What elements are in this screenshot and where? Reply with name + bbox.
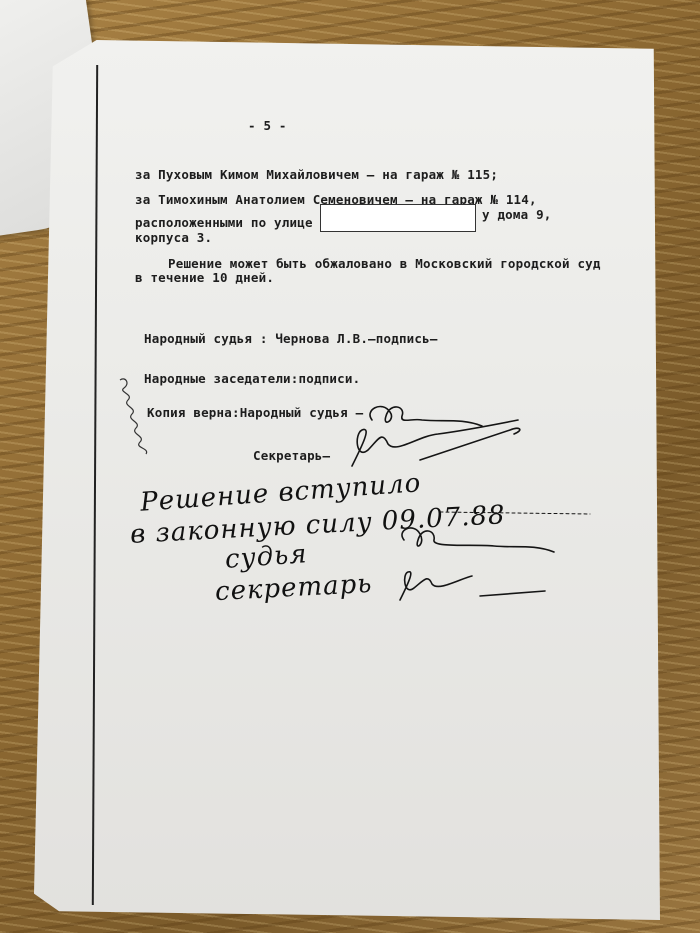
text-line-1: за Пуховым Кимом Михайловичем – на гараж…	[135, 167, 498, 182]
judge-line: Народный судья : Чернова Л.В.–подпись–	[144, 331, 438, 346]
page-number: - 5 -	[248, 118, 287, 133]
text-line-6: в течение 10 дней.	[135, 270, 274, 285]
copy-line: Копия верна:Народный судья –	[147, 405, 363, 420]
secretary-line: Секретарь–	[253, 448, 330, 463]
assessors-line: Народные заседатели:подписи.	[144, 371, 360, 386]
text-line-4: корпуса 3.	[135, 230, 212, 245]
text-line-3b: у дома 9,	[482, 207, 552, 222]
text-line-5: Решение может быть обжаловано в Московск…	[168, 256, 601, 271]
text-line-3: расположенными по улице	[135, 215, 313, 230]
redacted-street-box	[320, 204, 476, 232]
handwritten-line-3: судья	[224, 539, 308, 575]
